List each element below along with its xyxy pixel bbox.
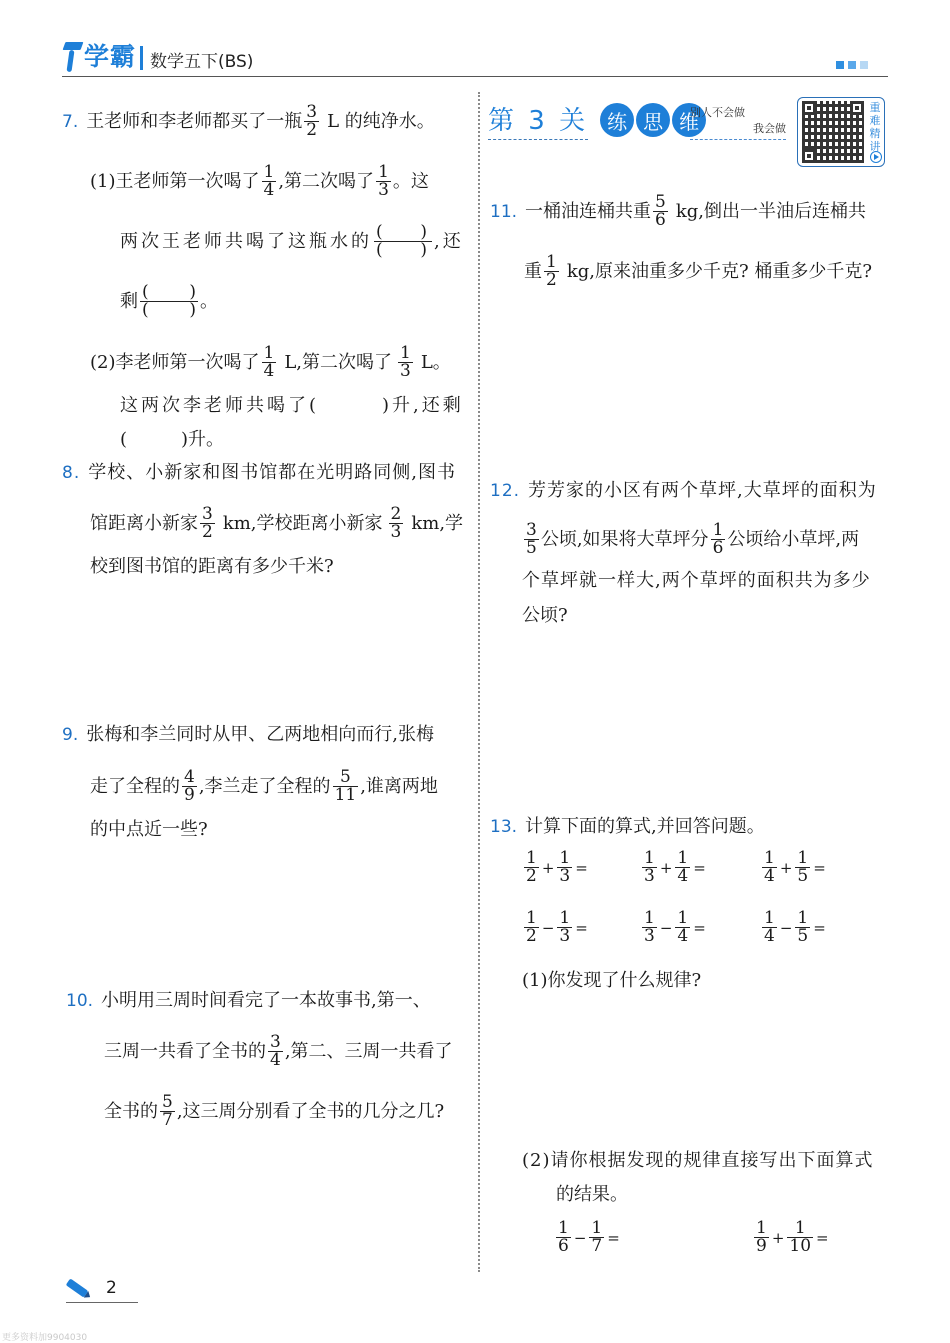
- header-decoration-dots: [836, 61, 868, 69]
- problem-7-stem: 7. 王老师和李老师都买了一瓶 32 L 的纯净水。: [62, 104, 439, 139]
- column-divider: [478, 92, 480, 1272]
- problem-12-line2: 35 公顷,如果将大草坪分 16 公顷给小草坪,两: [522, 522, 859, 557]
- problem-9-line3: 的中点近一些?: [90, 817, 208, 843]
- fraction-answer-blank[interactable]: ()(): [374, 224, 432, 259]
- page-number: 2: [106, 1278, 117, 1298]
- section-label: 第 3 关: [488, 100, 588, 140]
- section-slogan: 别人不会做 我会做: [690, 104, 786, 140]
- problem-10-line1: 10. 小明用三周时间看完了一本故事书,第一、: [66, 988, 431, 1014]
- qr-code-card[interactable]: 重难精讲: [797, 97, 885, 167]
- problem-11-line2: 重 12 kg,原来油重多少千克? 桶重多少千克?: [524, 254, 876, 289]
- qr-code-icon[interactable]: [802, 101, 864, 163]
- fraction: 14: [262, 345, 277, 380]
- fraction: 57: [160, 1094, 175, 1129]
- brand-logo: 学霸: [62, 38, 151, 74]
- dot-square-icon: [836, 61, 844, 69]
- fraction: 56: [653, 194, 668, 229]
- section-badge: 思: [636, 103, 670, 137]
- equation-final: 16 − 17 =: [554, 1220, 621, 1255]
- page-footer: 2: [66, 1278, 117, 1298]
- problem-9-line2: 走了全程的 49 ,李兰走了全程的 511 ,谁离两地: [90, 769, 438, 804]
- dot-square-icon: [860, 61, 868, 69]
- problem-13-line1: 13. 计算下面的算式,并回答问题。: [490, 814, 765, 840]
- logo-divider: [140, 46, 143, 70]
- brand-name: 学霸: [84, 40, 136, 74]
- problem-7-sub2-line1: (2) 李老师第一次喝了 14 L,第二次喝了 13 L。: [90, 345, 455, 380]
- problem-7-sub2-line3[interactable]: ( )升。: [120, 427, 224, 453]
- problem-13-sub2-line2: 的结果。: [556, 1182, 628, 1208]
- fraction: 14: [262, 164, 277, 199]
- problem-8-line3: 校到图书馆的距离有多少千米?: [90, 554, 334, 580]
- problem-13-sub2-line1: (2)请你根据发现的规律直接写出下面算式: [522, 1148, 874, 1174]
- problem-10-line3: 全书的 57 ,这三周分别看了全书的几分之几?: [104, 1094, 444, 1129]
- fraction: 16: [711, 522, 726, 557]
- pencil-icon: [66, 1278, 89, 1297]
- fraction: 12: [544, 254, 559, 289]
- fraction: 35: [524, 522, 539, 557]
- fraction: 13: [398, 345, 413, 380]
- problem-8-line1: 8. 学校、小新家和图书馆都在光明路同侧,图书: [62, 460, 456, 486]
- question-number: 7.: [62, 109, 78, 135]
- problem-7-sub2-line2[interactable]: 这两次李老师共喝了( )升,还剩: [120, 393, 464, 419]
- header-rule: [62, 76, 888, 77]
- fraction: 32: [304, 104, 319, 139]
- dot-square-icon: [848, 61, 856, 69]
- equation: 14 − 15 =: [760, 910, 827, 945]
- problem-9-line1: 9. 张梅和李兰同时从甲、乙两地相向而行,张梅: [62, 722, 434, 748]
- footer-rule: [66, 1302, 138, 1303]
- equation: 12 − 13 =: [522, 910, 589, 945]
- equation: 14 + 15 =: [760, 850, 827, 885]
- fraction: 23: [389, 506, 404, 541]
- equation: 12 + 13 =: [522, 850, 589, 885]
- qr-label: 重难精讲: [868, 101, 882, 153]
- fraction: 13: [376, 164, 391, 199]
- graduation-cap-icon: [62, 40, 84, 74]
- problem-10-line2: 三周一共看了全书的 34 ,第二、三周一共看了: [104, 1034, 453, 1069]
- book-title: 数学五下(BS): [150, 47, 253, 72]
- problem-12-line1: 12. 芳芳家的小区有两个草坪,大草坪的面积为: [490, 478, 877, 504]
- dashed-arrow-icon: [690, 139, 786, 140]
- fraction: 32: [200, 506, 215, 541]
- play-icon[interactable]: [870, 151, 882, 163]
- section-header: 第 3 关 练 思 维: [488, 100, 706, 140]
- fraction: 511: [333, 769, 359, 804]
- equation-final: 19 + 110 =: [752, 1220, 830, 1255]
- problem-12-line4: 公顷?: [522, 603, 568, 629]
- problem-12-line3: 个草坪就一样大,两个草坪的面积共为多少: [522, 568, 871, 594]
- fraction: 34: [268, 1034, 283, 1069]
- problem-11-line1: 11. 一桶油连桶共重 56 kg,倒出一半油后连桶共: [490, 194, 870, 229]
- equation: 13 − 14 =: [640, 910, 707, 945]
- watermark: 更多资料加9904030: [2, 1330, 87, 1343]
- problem-8-line2: 馆距离小新家 32 km,学校距离小新家 23 km,学: [90, 506, 467, 541]
- problem-7-sub1-line1: (1) 王老师第一次喝了 14 ,第二次喝了 13 。这: [90, 164, 429, 199]
- fraction: 49: [182, 769, 197, 804]
- equation: 13 + 14 =: [640, 850, 707, 885]
- problem-13-sub1: (1)你发现了什么规律?: [522, 968, 701, 994]
- problem-7-sub1-line3: 剩 ()() 。: [120, 284, 218, 319]
- section-badge: 练: [600, 103, 634, 137]
- fraction-answer-blank[interactable]: ()(): [140, 284, 198, 319]
- problem-7-sub1-line2: 两次王老师共喝了这瓶水的 ()() ,还: [120, 224, 464, 259]
